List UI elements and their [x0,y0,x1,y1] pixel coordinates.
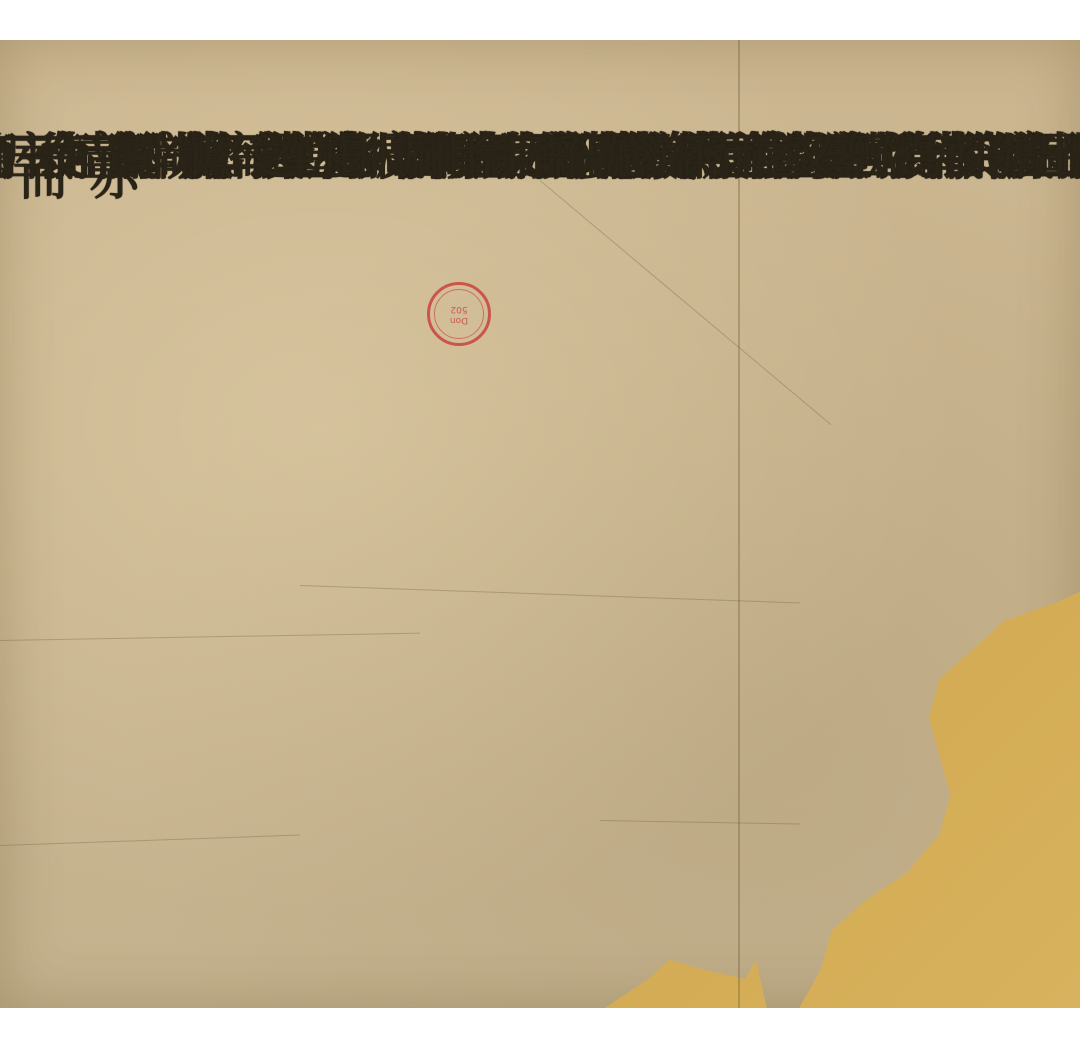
seal-text-line-1: Don [450,314,468,325]
library-seal-stamp: Don 502 [427,282,491,346]
seal-inner-ring: Don 502 [434,289,484,339]
seal-text-line-2: 502 [450,303,467,314]
text-column-15: 赤而奉 [5,150,75,221]
column-text: 赤而奉 [0,150,147,221]
manuscript-text: 聖上握圖御宇㕓金 觀書宵衣待旦俎豆寘 之冈遺賔食㲟粲之資憂之 失徳風偃草河潤及人… [0,130,1080,930]
